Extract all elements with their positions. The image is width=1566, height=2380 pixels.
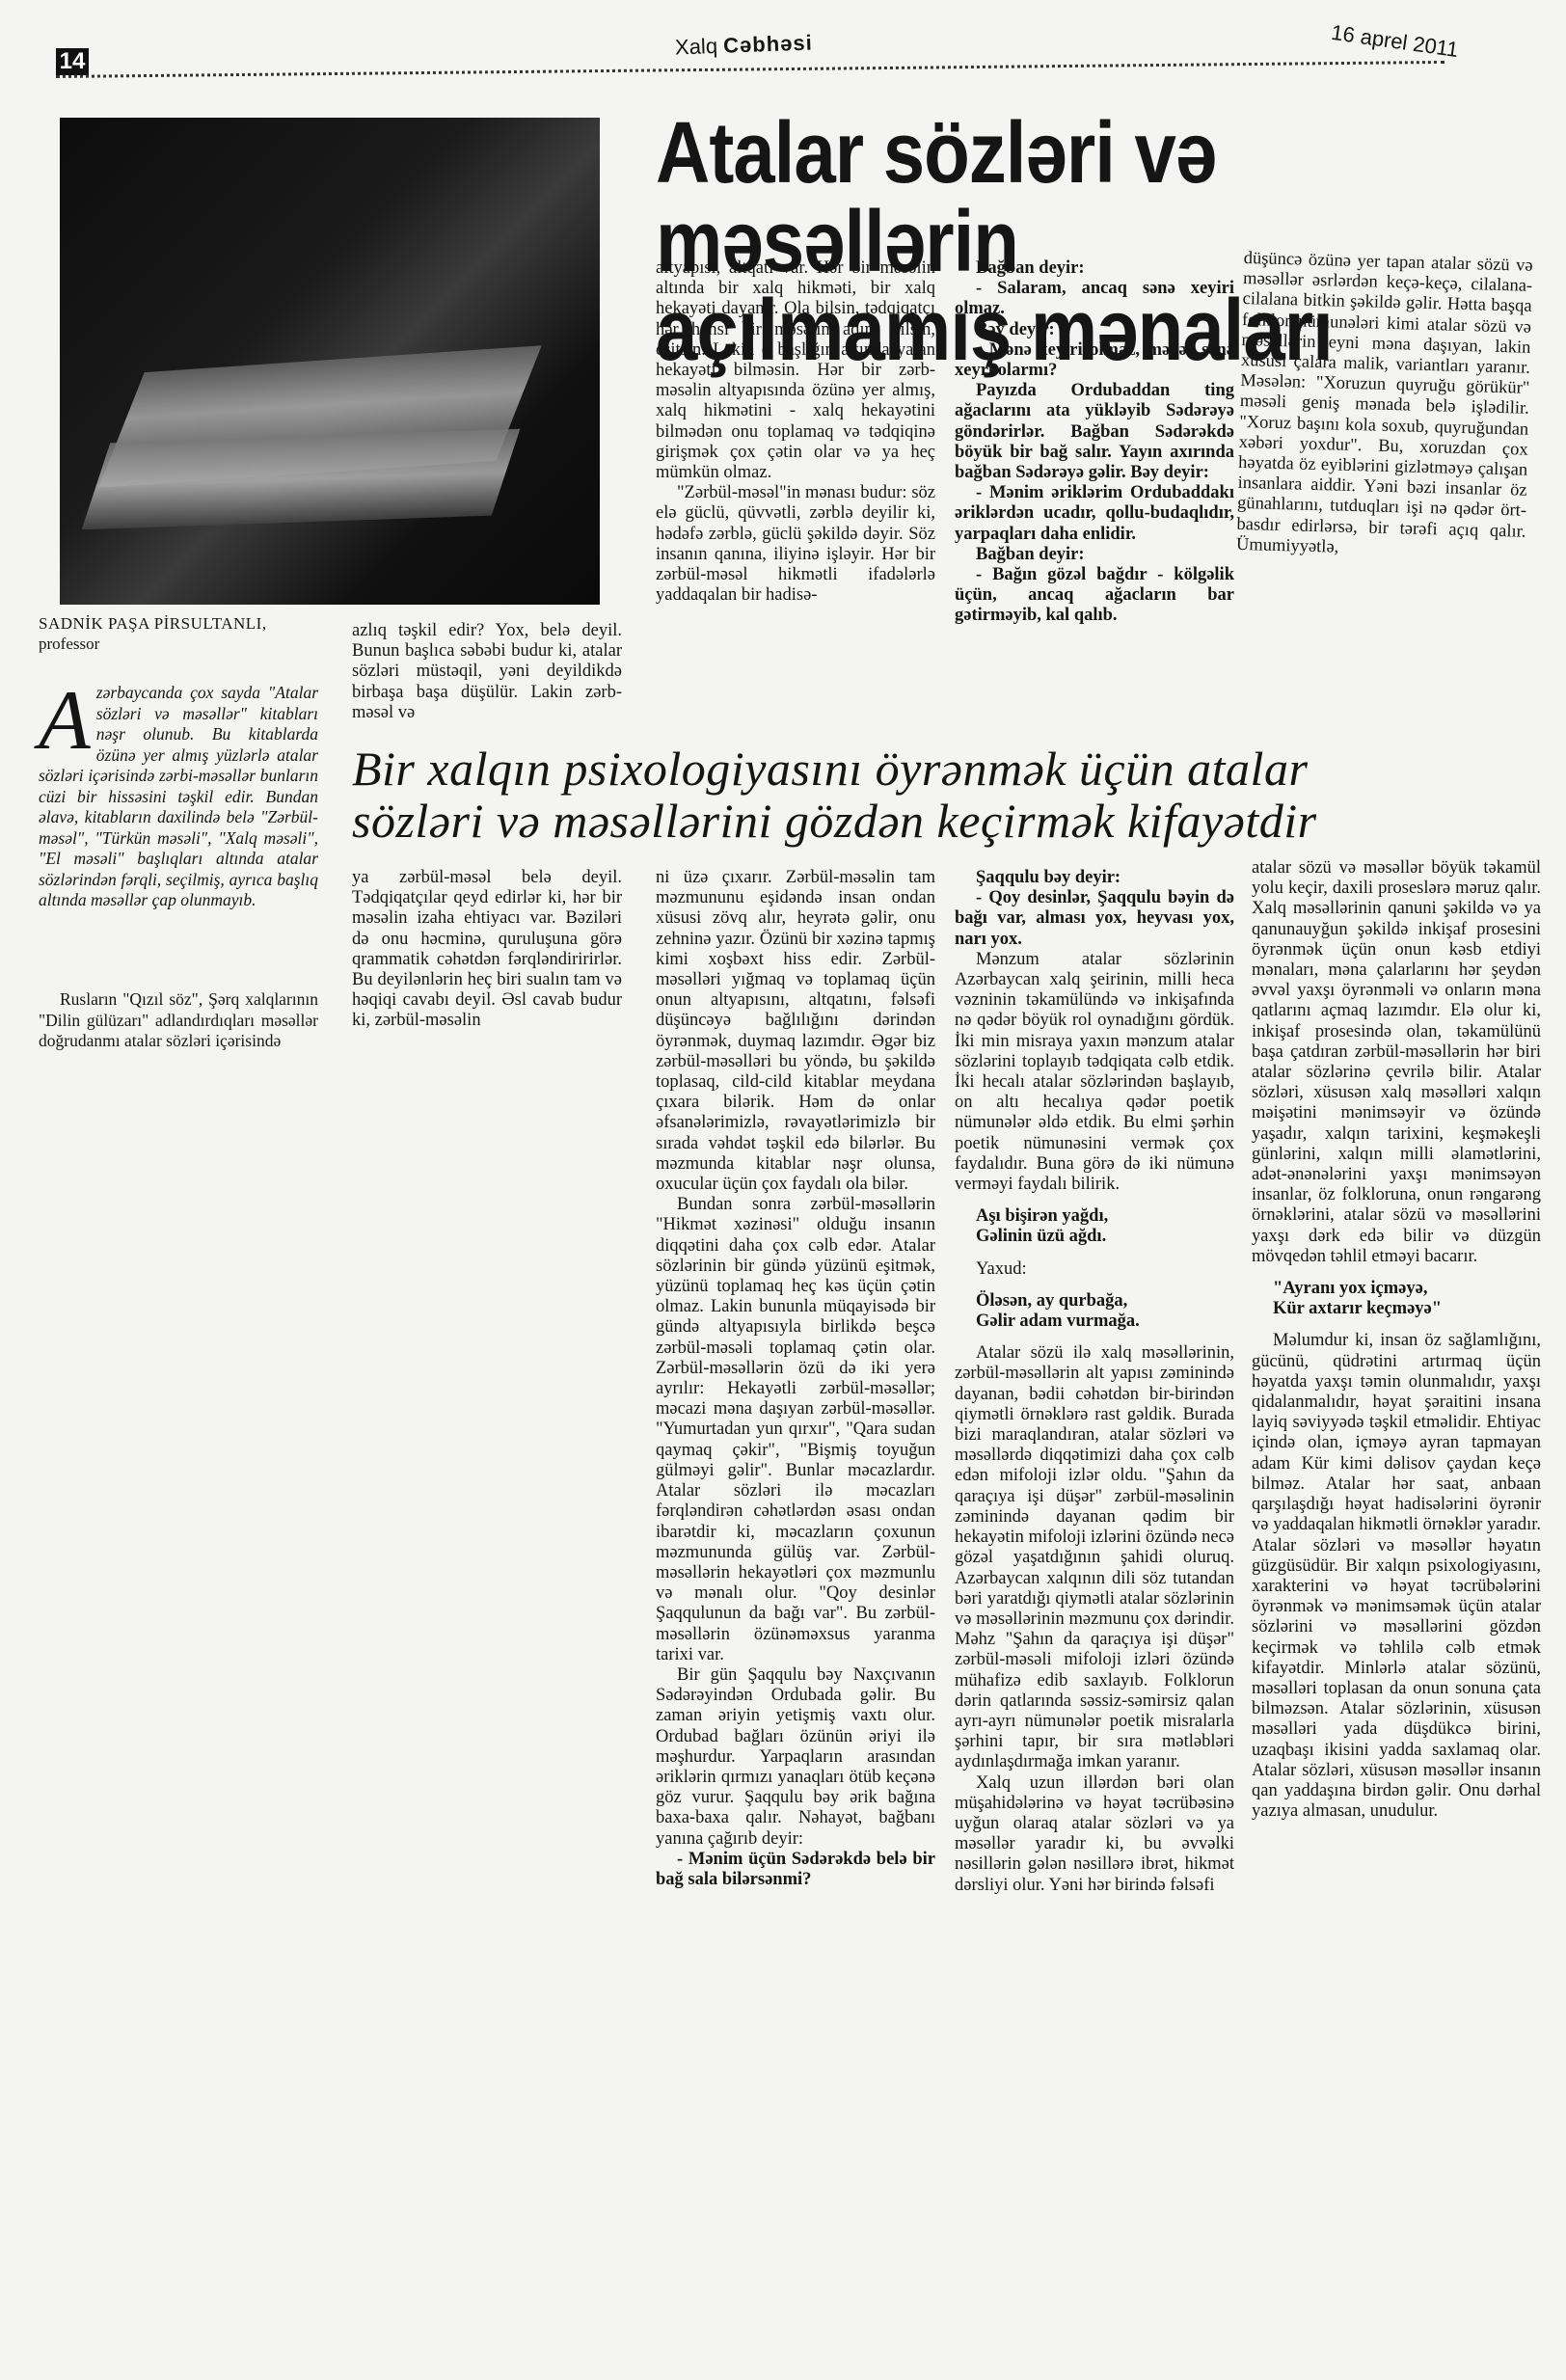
paragraph: Bir gün Şaqqulu bəy Naxçıvanın Sədərəyin… xyxy=(656,1665,935,1850)
paragraph: Məlumdur ki, insan öz sağlamlığını, gücü… xyxy=(1252,1331,1541,1822)
paragraph: Rusların "Qızıl söz", Şərq xalqlarının "… xyxy=(39,989,318,1052)
verse-line: Aşı bişirən yağdı, xyxy=(976,1206,1234,1227)
byline: SADNİK PAŞA PİRSULTANLI, professor xyxy=(39,613,318,654)
column-2-top: azlıq təşkil edir? Yox, belə deyil. Bunu… xyxy=(352,621,622,723)
paragraph: - Salaram, ancaq sənə xeyiri olmaz. xyxy=(955,279,1234,319)
paragraph: Yaxud: xyxy=(955,1259,1234,1280)
verse-line: Kür axtarır keçməyə" xyxy=(1273,1299,1541,1319)
verse-1: Aşı bişirən yağdı, Gəlinin üzü ağdı. xyxy=(976,1206,1234,1247)
masthead-light: Xalq xyxy=(675,34,718,60)
paragraph: Bağban deyir: xyxy=(955,545,1234,565)
verse-line: Öləsən, ay qurbağa, xyxy=(976,1291,1234,1312)
column-4-top: Bağban deyir: - Salaram, ancaq sənə xeyi… xyxy=(955,258,1234,627)
subheadline: Bir xalqın psixologiyasını öyrənmək üçün… xyxy=(352,743,1566,847)
paragraph: Mənzum atalar sözlərinin Azərbaycan xalq… xyxy=(955,950,1234,1195)
paragraph: ya zərbül-məsəl belə deyil. Tədqiqatçıla… xyxy=(352,868,622,1032)
paragraph: ni üzə çıxarır. Zərbül-məsəlin tam məzmu… xyxy=(656,868,935,1195)
verse-3: "Ayranı yox içməyə, Kür axtarır keçməyə" xyxy=(1273,1279,1541,1319)
lede-paragraph: A zərbaycanda çox sayda "Atalar sözləri … xyxy=(39,683,318,911)
page-number: 14 xyxy=(56,48,89,75)
author-title: professor xyxy=(39,634,318,654)
paragraph: - Mənə xeyiri olmaz, məgər sənə xeyri ol… xyxy=(955,340,1234,381)
verse-line: Gəlir adam vurmağa. xyxy=(976,1312,1234,1332)
paragraph: - Mənim əriklərim Ordubaddakı əriklərdən… xyxy=(955,483,1234,545)
paragraph: Atalar sözü ilə xalq məsəllərinin, zərbü… xyxy=(955,1343,1234,1772)
column-3-top: altyapısı, altqatı var. Hər bir məsəlin … xyxy=(656,258,935,606)
paragraph: düşüncə özünə yer tapan atalar sözü və m… xyxy=(1236,249,1533,563)
paragraph: "Zərbül-məsəl"in mənası budur: söz elə g… xyxy=(656,483,935,606)
paragraph: azlıq təşkil edir? Yox, belə deyil. Bunu… xyxy=(352,621,622,723)
paragraph: Bundan sonra zərbül-məsəllərin "Hikmət x… xyxy=(656,1195,935,1665)
verse-2: Öləsən, ay qurbağa, Gəlir adam vurmağa. xyxy=(976,1291,1234,1332)
paragraph: Bağban deyir: xyxy=(955,258,1234,279)
paragraph: Şaqqulu bəy deyir: xyxy=(955,868,1234,888)
paragraph: altyapısı, altqatı var. Hər bir məsəlin … xyxy=(656,258,935,483)
book-shape xyxy=(82,429,521,530)
paragraph: Xalq uzun illərdən bəri olan müşahidələr… xyxy=(955,1773,1234,1896)
masthead: Xalq Cəbhəsi xyxy=(675,31,814,61)
drop-cap: A xyxy=(39,689,91,754)
column-2-bottom: ya zərbül-məsəl belə deyil. Tədqiqatçıla… xyxy=(352,868,622,1032)
column-4-bottom: Şaqqulu bəy deyir: - Qoy desinlər, Şaqqu… xyxy=(955,868,1234,1896)
column-5-bottom: atalar sözü və məsəllər böyük təkamül yo… xyxy=(1252,858,1541,1822)
column-3-bottom: ni üzə çıxarır. Zərbül-məsəlin tam məzmu… xyxy=(656,868,935,1890)
article-photo xyxy=(60,118,600,605)
paragraph: - Bağın gözəl bağdır - kölgəlik üçün, an… xyxy=(955,565,1234,627)
author-name: SADNİK PAŞA PİRSULTANLI, xyxy=(39,613,318,634)
masthead-bold: Cəbhəsi xyxy=(723,31,813,58)
verse-line: Gəlinin üzü ağdı. xyxy=(976,1227,1234,1247)
paragraph: Bəy deyir: xyxy=(955,320,1234,340)
subheadline-line: sözləri və məsəllərini gözdən keçirmək k… xyxy=(352,795,1566,847)
column-5-top: düşüncə özünə yer tapan atalar sözü və m… xyxy=(1236,249,1533,563)
paragraph: atalar sözü və məsəllər böyük təkamül yo… xyxy=(1252,858,1541,1267)
paragraph: - Mənim üçün Sədərəkdə belə bir bağ sala… xyxy=(656,1850,935,1890)
subheadline-line: Bir xalqın psixologiyasını öyrənmək üçün… xyxy=(352,743,1566,795)
issue-date: 16 aprel 2011 xyxy=(1330,20,1460,63)
header-rule xyxy=(56,61,1444,82)
column-1-continuation: Rusların "Qızıl söz", Şərq xalqlarının "… xyxy=(39,989,318,1052)
verse-line: "Ayranı yox içməyə, xyxy=(1273,1279,1541,1299)
paragraph: - Qoy desinlər, Şaqqulu bəyin də bağı va… xyxy=(955,888,1234,950)
paragraph: Payızda Ordubaddan ting ağaclarını ata y… xyxy=(955,381,1234,483)
